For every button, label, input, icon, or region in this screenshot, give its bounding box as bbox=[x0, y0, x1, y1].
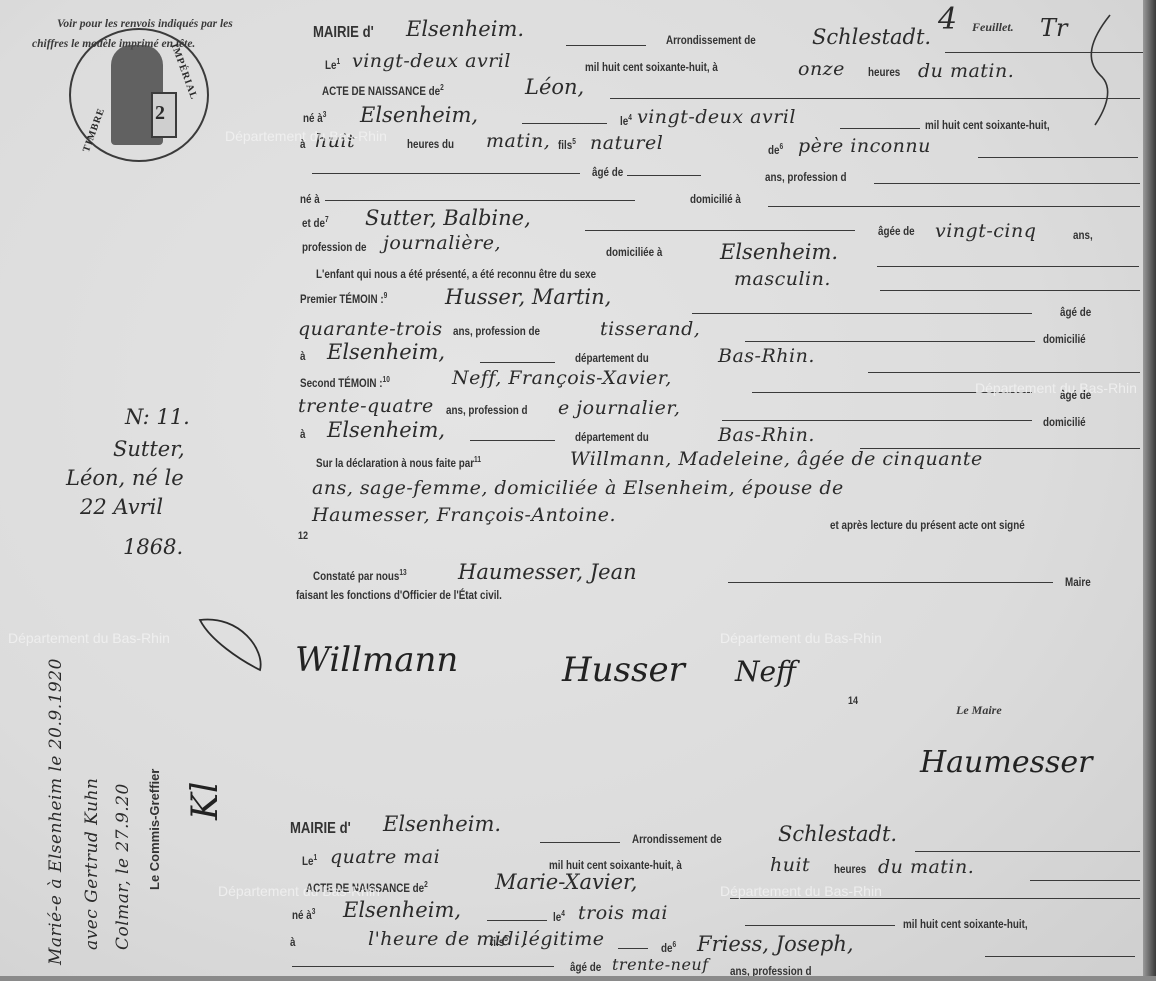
act2-child-name: Marie-Xavier, bbox=[495, 870, 637, 894]
ne-a2-label: né à bbox=[300, 192, 320, 206]
child-name: Léon, bbox=[525, 75, 584, 99]
acte-label: ACTE DE NAISSANCE de2 bbox=[322, 83, 444, 98]
mother-residence: Elsenheim. bbox=[720, 240, 838, 264]
witness1-age: quarante-trois bbox=[298, 318, 443, 340]
act2-arrondissement-label: Arrondissement de bbox=[632, 832, 722, 846]
marriage-note-line3: Colmar, le 27.9.20 bbox=[113, 783, 133, 950]
act2-age-de-label: âgé de bbox=[570, 960, 601, 974]
act2-a-label: à bbox=[290, 935, 295, 949]
act2-arrondissement-value: Schlestadt. bbox=[778, 822, 897, 846]
act2-le-label: Le1 bbox=[302, 853, 317, 868]
year-label: mil huit cent soixante-huit, à bbox=[585, 60, 718, 74]
witness1-age-de-label: âgé de bbox=[1060, 305, 1091, 319]
document-page: Voir pour les renvois indiqués par les c… bbox=[0, 0, 1143, 981]
act2-mairie-value: Elsenheim. bbox=[383, 812, 501, 836]
mayor-signature: Haumesser bbox=[920, 745, 1092, 780]
marriage-note-line4: Le Commis-Greffier bbox=[147, 769, 162, 890]
et-de-label: et de7 bbox=[302, 215, 329, 230]
act2-father-age: trente-neuf bbox=[612, 955, 709, 974]
witness1-profession: tisserand, bbox=[600, 318, 700, 340]
declarant-line3: Haumesser, François-Antoine. bbox=[312, 504, 616, 526]
agee-de-label: âgée de bbox=[878, 224, 915, 238]
lecture-label: et après lecture du présent acte ont sig… bbox=[830, 518, 1025, 532]
witness1-departement: Bas-Rhin. bbox=[718, 345, 815, 367]
margin-given: Léon, né le bbox=[66, 466, 184, 490]
act2-time-of-day: du matin. bbox=[878, 856, 974, 878]
w2-domicilie-label: domicilié bbox=[1043, 415, 1086, 429]
w2-a-label: à bbox=[300, 427, 305, 441]
act-time-of-day: du matin. bbox=[918, 60, 1014, 82]
ans-profession-label: ans, profession d bbox=[765, 170, 846, 184]
act2-filiation: légitime bbox=[522, 928, 605, 950]
act2-father: Friess, Joseph, bbox=[697, 932, 854, 956]
stamp-value: 2 bbox=[155, 102, 165, 125]
imperial-stamp: 2 TIMBRE IMPÉRIAL bbox=[69, 28, 209, 162]
le-label: Le1 bbox=[325, 57, 340, 72]
brace-mark-icon bbox=[1080, 10, 1120, 130]
le-maire-label: Le Maire bbox=[956, 703, 1002, 718]
arrondissement-value: Schlestadt. bbox=[812, 25, 931, 49]
constate-label: Constaté par nous13 bbox=[313, 568, 407, 583]
declaration-label: Sur la déclaration à nous faite par11 bbox=[316, 455, 481, 470]
watermark: Département du Bas-Rhin bbox=[975, 380, 1137, 396]
ans-label: ans, bbox=[1073, 228, 1093, 242]
departement-label: département du bbox=[575, 351, 649, 365]
margin-year: 1868. bbox=[123, 535, 183, 559]
act2-de-label: de6 bbox=[661, 940, 676, 955]
mairie-value: Elsenheim. bbox=[406, 17, 524, 41]
watermark: Département du Bas-Rhin bbox=[720, 630, 882, 646]
witness1-residence: Elsenheim, bbox=[327, 340, 445, 364]
father: père inconnu bbox=[798, 135, 931, 157]
witness1-label: Premier TÉMOIN :9 bbox=[300, 291, 387, 306]
officer-name: Haumesser, Jean bbox=[458, 560, 637, 584]
act2-ne-a-label: né à3 bbox=[292, 907, 315, 922]
folio-label: Feuillet. bbox=[972, 20, 1014, 35]
domicilie-a-label: domicilié à bbox=[690, 192, 741, 206]
le2-label: le4 bbox=[620, 113, 632, 128]
w2-departement-label: département du bbox=[575, 430, 649, 444]
sex-value: masculin. bbox=[734, 268, 831, 290]
act2-birth-year-label: mil huit cent soixante-huit, bbox=[903, 917, 1028, 931]
mother-age: vingt-cinq bbox=[935, 220, 1036, 242]
watermark: Département du Bas-Rhin bbox=[720, 883, 882, 899]
mother-name: Sutter, Balbine, bbox=[365, 206, 531, 230]
witness2-label: Second TÉMOIN :10 bbox=[300, 375, 390, 390]
fonctions-label: faisant les fonctions d'Officier de l'Ét… bbox=[296, 588, 502, 602]
heures-du-label: heures du bbox=[407, 137, 454, 151]
maire-label: Maire bbox=[1065, 575, 1091, 589]
witness2-departement: Bas-Rhin. bbox=[718, 424, 815, 446]
w2-ans-profession-label: ans, profession d bbox=[446, 403, 527, 417]
domiciliee-a-label: domiciliée à bbox=[606, 245, 662, 259]
mairie-label: MAIRIE d' bbox=[313, 24, 374, 42]
witness2-name: Neff, François-Xavier, bbox=[452, 367, 672, 389]
marriage-note-line1: Marié-e à Elsenheim le 20.9.1920 bbox=[46, 658, 66, 965]
profession-de-label: profession de bbox=[302, 240, 367, 254]
act2-birth-place: Elsenheim, bbox=[343, 898, 461, 922]
act2-birth-date: trois mai bbox=[578, 902, 668, 924]
greffier-flourish-icon bbox=[180, 610, 270, 730]
margin-surname: Sutter, bbox=[113, 437, 185, 461]
declarant-line2: ans, sage-femme, domiciliée à Elsenheim,… bbox=[312, 477, 844, 499]
signature-neff: Neff bbox=[735, 655, 796, 688]
birth-place: Elsenheim, bbox=[360, 103, 478, 127]
footnote-12: 12 bbox=[298, 530, 308, 542]
w1-a-label: à bbox=[300, 349, 305, 363]
act-date: vingt-deux avril bbox=[352, 50, 511, 72]
sex-sentence: L'enfant qui nous a été présenté, a été … bbox=[316, 267, 596, 281]
birth-year-label: mil huit cent soixante-huit, bbox=[925, 118, 1050, 132]
folio-number: 4 bbox=[938, 2, 957, 37]
watermark: Département du Bas-Rhin bbox=[218, 883, 380, 899]
marriage-note-line2: avec Gertrud Kuhn bbox=[82, 778, 102, 950]
witness2-residence: Elsenheim, bbox=[327, 418, 445, 442]
act2-date: quatre mai bbox=[330, 846, 440, 868]
de-label: de6 bbox=[768, 142, 783, 157]
watermark: Département du Bas-Rhin bbox=[225, 128, 387, 144]
act2-le2-label: le4 bbox=[553, 909, 565, 924]
act2-heures-label: heures bbox=[834, 862, 866, 876]
heures-label: heures bbox=[868, 65, 900, 79]
fils-label: fils5 bbox=[558, 137, 576, 152]
act2-mairie-label: MAIRIE d' bbox=[290, 820, 351, 838]
greffier-signature: Kl bbox=[185, 782, 226, 820]
margin-number: N: 11. bbox=[125, 405, 190, 429]
witness2-age: trente-quatre bbox=[298, 395, 434, 417]
act2-hour: huit bbox=[770, 854, 810, 876]
footnote-14: 14 bbox=[848, 695, 858, 707]
folio-value: Tr bbox=[1040, 14, 1067, 42]
stamp-left-text: TIMBRE bbox=[81, 106, 107, 154]
declarant-line1: Willmann, Madeleine, âgée de cinquante bbox=[570, 448, 983, 470]
signature-willmann: Willmann bbox=[295, 640, 458, 680]
act-hour: onze bbox=[798, 58, 845, 80]
domicilie-label: domicilié bbox=[1043, 332, 1086, 346]
age-de-label: âgé de bbox=[592, 165, 623, 179]
filiation: naturel bbox=[590, 132, 663, 154]
arrondissement-label: Arrondissement de bbox=[666, 33, 756, 47]
birth-time: matin, bbox=[486, 130, 550, 152]
watermark: Département du Bas-Rhin bbox=[8, 630, 170, 646]
margin-date: 22 Avril bbox=[80, 495, 163, 519]
signature-husser: Husser bbox=[562, 650, 685, 690]
birth-date: vingt-deux avril bbox=[637, 106, 796, 128]
witness2-profession: e journalier, bbox=[558, 397, 680, 419]
witness1-name: Husser, Martin, bbox=[445, 285, 611, 309]
w1-ans-profession-label: ans, profession de bbox=[453, 324, 540, 338]
page-bottom-edge bbox=[0, 976, 1156, 981]
act2-fils-label: fils5 bbox=[490, 934, 508, 949]
page-edge bbox=[1143, 0, 1156, 981]
mother-profession: journalière, bbox=[383, 232, 501, 254]
ne-a-label: né à3 bbox=[303, 110, 326, 125]
